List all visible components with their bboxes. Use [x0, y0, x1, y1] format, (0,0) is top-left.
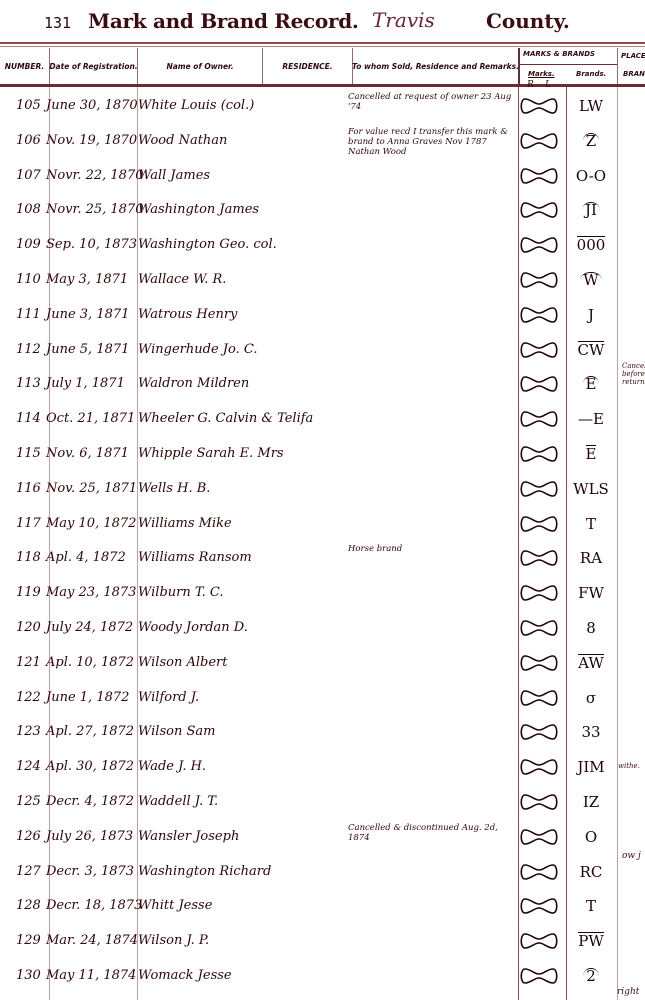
table-row: 114 Oct. 21, 1871 Wheeler G. Calvin & Te…	[0, 403, 645, 437]
mark-side-right-label: R	[527, 80, 534, 90]
column-header-remarks: To whom Sold, Residence and Remarks.	[353, 48, 518, 84]
record-number: 107	[16, 168, 46, 183]
brand-symbol: LW	[568, 97, 614, 115]
registration-date: May 10, 1872	[46, 516, 136, 531]
registration-date: July 1, 1871	[46, 376, 125, 391]
column-header-marks-brands: MARKS & BRANDS	[523, 50, 595, 58]
county-name: Travis	[372, 8, 435, 32]
ear-mark-icon	[519, 444, 559, 464]
registration-date: July 24, 1872	[46, 620, 133, 635]
record-number: 111	[16, 307, 46, 322]
owner-name: Waddell J. T.	[138, 794, 218, 809]
brand-symbol: O	[568, 828, 614, 846]
column-header-place: PLACE	[621, 52, 645, 60]
registration-date: Novr. 22, 1870	[46, 168, 144, 183]
column-header-date: Date of Registration.	[50, 48, 137, 84]
registration-date: Nov. 25, 1871	[46, 481, 137, 496]
registration-date: Decr. 3, 1873	[46, 864, 134, 879]
registration-date: July 26, 1873	[46, 829, 133, 844]
table-row: 110 May 3, 1871 Wallace W. R. W	[0, 264, 645, 298]
owner-name: Wall James	[138, 168, 210, 183]
record-number: 123	[16, 724, 46, 739]
page-header: 131 Mark and Brand Record. Travis County…	[0, 6, 645, 36]
table-row: 117 May 10, 1872 Williams Mike T	[0, 508, 645, 542]
owner-name: Wallace W. R.	[138, 272, 226, 287]
record-number: 108	[16, 202, 46, 217]
owner-name: Waldron Mildren	[138, 376, 249, 391]
column-header-place-brand: BRAN	[623, 70, 645, 78]
table-row: 124 Apl. 30, 1872 Wade J. H. JIM	[0, 751, 645, 785]
table-row: 120 July 24, 1872 Woody Jordan D. 8	[0, 612, 645, 646]
record-number: 127	[16, 864, 46, 879]
registration-date: Apl. 30, 1872	[46, 759, 134, 774]
ear-mark-icon	[519, 514, 559, 534]
header-rule-top	[0, 42, 645, 44]
brand-symbol: —E	[568, 410, 614, 428]
county-label: County.	[486, 9, 570, 33]
owner-name: Wells H. B.	[138, 481, 210, 496]
record-number: 106	[16, 133, 46, 148]
brand-symbol: AW	[568, 654, 614, 672]
owner-name: Wood Nathan	[138, 133, 227, 148]
table-row: 127 Decr. 3, 1873 Washington Richard RC	[0, 856, 645, 890]
ear-mark-icon	[519, 722, 559, 742]
ear-mark-icon	[519, 305, 559, 325]
table-row: 119 May 23, 1873 Wilburn T. C. FW	[0, 577, 645, 611]
brand-symbol: JIM	[568, 758, 614, 776]
page-title: Mark and Brand Record.	[88, 9, 359, 33]
owner-name: Wilson J. P.	[138, 933, 209, 948]
record-number: 122	[16, 690, 46, 705]
owner-name: Wingerhude Jo. C.	[138, 342, 257, 357]
table-row: 105 June 30, 1870 White Louis (col.) Can…	[0, 90, 645, 124]
ear-mark-icon	[519, 479, 559, 499]
mark-side-left-label: L	[545, 80, 551, 90]
registration-date: May 23, 1873	[46, 585, 136, 600]
brand-symbol: E	[568, 375, 614, 393]
column-header-brands: Brands.	[576, 70, 606, 78]
brand-symbol: 000	[568, 236, 614, 254]
ear-mark-icon	[519, 131, 559, 151]
ear-mark-icon	[519, 583, 559, 603]
margin-note: right	[617, 988, 639, 996]
ear-mark-icon	[519, 618, 559, 638]
brand-symbol: CW	[568, 341, 614, 359]
remarks: Cancelled & discontinued Aug. 2d, 1874	[348, 823, 513, 843]
record-number: 110	[16, 272, 46, 287]
brand-symbol: J	[568, 306, 614, 324]
margin-note: ow j	[622, 852, 641, 860]
owner-name: Whitt Jesse	[138, 898, 212, 913]
owner-name: Wilson Albert	[138, 655, 227, 670]
registration-date: May 11, 1874	[46, 968, 136, 983]
column-divider	[518, 48, 520, 84]
column-header-marks: Marks.	[528, 70, 555, 78]
record-number: 116	[16, 481, 46, 496]
record-number: 117	[16, 516, 46, 531]
record-number: 130	[16, 968, 46, 983]
table-row: 112 June 5, 1871 Wingerhude Jo. C. CW	[0, 334, 645, 368]
brand-symbol: PW	[568, 932, 614, 950]
owner-name: Washington James	[138, 202, 259, 217]
margin-note: Cancelled before, return	[622, 362, 645, 386]
ear-mark-icon	[519, 896, 559, 916]
registration-date: June 30, 1870	[46, 98, 138, 113]
ear-mark-icon	[519, 409, 559, 429]
table-row: 106 Nov. 19, 1870 Wood Nathan For value …	[0, 125, 645, 159]
brand-symbol: 2	[568, 967, 614, 985]
header-rule-top-thin	[0, 46, 645, 47]
registration-date: Nov. 6, 1871	[46, 446, 129, 461]
margin-note: withe.	[618, 762, 640, 770]
owner-name: Wilford J.	[138, 690, 199, 705]
remarks: For value recd I transfer this mark & br…	[348, 127, 513, 157]
registration-date: Apl. 4, 1872	[46, 550, 126, 565]
brand-symbol: IZ	[568, 793, 614, 811]
owner-name: Wilson Sam	[138, 724, 215, 739]
ear-mark-icon	[519, 374, 559, 394]
registration-date: Sep. 10, 1873	[46, 237, 137, 252]
record-number: 121	[16, 655, 46, 670]
ear-mark-icon	[519, 966, 559, 986]
ear-mark-icon	[519, 166, 559, 186]
column-divider	[617, 48, 618, 84]
table-row: 128 Decr. 18, 1873 Whitt Jesse T	[0, 890, 645, 924]
owner-name: Wilburn T. C.	[138, 585, 224, 600]
table-row: 107 Novr. 22, 1870 Wall James O-O	[0, 160, 645, 194]
record-number: 112	[16, 342, 46, 357]
table-row: 126 July 26, 1873 Wansler Joseph Cancell…	[0, 821, 645, 855]
owner-name: Wheeler G. Calvin & Telifa	[138, 411, 313, 426]
brand-symbol: T	[568, 515, 614, 533]
record-number: 126	[16, 829, 46, 844]
column-header-number: NUMBER.	[0, 48, 49, 84]
brand-symbol: FW	[568, 584, 614, 602]
brand-symbol: WLS	[568, 480, 614, 498]
owner-name: Washington Geo. col.	[138, 237, 277, 252]
brand-symbol: σ	[568, 689, 614, 707]
record-number: 115	[16, 446, 46, 461]
table-row: 130 May 11, 1874 Womack Jesse 2	[0, 960, 645, 994]
brand-symbol: E	[568, 445, 614, 463]
registration-date: June 5, 1871	[46, 342, 129, 357]
registration-date: Apl. 27, 1872	[46, 724, 134, 739]
table-row: 109 Sep. 10, 1873 Washington Geo. col. 0…	[0, 229, 645, 263]
ear-mark-icon	[519, 200, 559, 220]
remarks: Horse brand	[348, 544, 513, 554]
registration-date: Nov. 19, 1870	[46, 133, 137, 148]
column-header-owner: Name of Owner.	[138, 48, 262, 84]
owner-name: Washington Richard	[138, 864, 271, 879]
ear-mark-icon	[519, 548, 559, 568]
owner-name: Womack Jesse	[138, 968, 232, 983]
registration-date: Mar. 24, 1874	[46, 933, 138, 948]
ledger-page: 131 Mark and Brand Record. Travis County…	[0, 0, 645, 1000]
table-row: 118 Apl. 4, 1872 Williams Ransom Horse b…	[0, 542, 645, 576]
record-number: 109	[16, 237, 46, 252]
ear-mark-icon	[519, 757, 559, 777]
ear-mark-icon	[519, 862, 559, 882]
owner-name: Williams Mike	[138, 516, 232, 531]
ear-mark-icon	[519, 827, 559, 847]
record-number: 120	[16, 620, 46, 635]
registration-date: Decr. 18, 1873	[46, 898, 142, 913]
record-number: 129	[16, 933, 46, 948]
table-row: 129 Mar. 24, 1874 Wilson J. P. PW	[0, 925, 645, 959]
registration-date: June 3, 1871	[46, 307, 129, 322]
owner-name: Wansler Joseph	[138, 829, 239, 844]
remarks: Cancelled at request of owner 23 Aug '74	[348, 92, 513, 112]
brand-symbol: 33	[568, 723, 614, 741]
brand-symbol: T	[568, 897, 614, 915]
record-number: 125	[16, 794, 46, 809]
table-row: 108 Novr. 25, 1870 Washington James JI	[0, 194, 645, 228]
ear-mark-icon	[519, 270, 559, 290]
brand-symbol: W	[568, 271, 614, 289]
brand-symbol: Z	[568, 132, 614, 150]
table-row: 122 June 1, 1872 Wilford J. σ	[0, 682, 645, 716]
ear-mark-icon	[519, 340, 559, 360]
ear-mark-icon	[519, 96, 559, 116]
ear-mark-icon	[519, 792, 559, 812]
registration-date: Oct. 21, 1871	[46, 411, 135, 426]
record-number: 114	[16, 411, 46, 426]
brand-symbol: JI	[568, 201, 614, 219]
registration-date: Decr. 4, 1872	[46, 794, 134, 809]
record-number: 118	[16, 550, 46, 565]
record-number: 113	[16, 376, 46, 391]
page-number: 131	[44, 14, 71, 32]
table-row: 113 July 1, 1871 Waldron Mildren E	[0, 368, 645, 402]
owner-name: White Louis (col.)	[138, 98, 254, 113]
brand-symbol: 8	[568, 619, 614, 637]
table-row: 111 June 3, 1871 Watrous Henry J	[0, 299, 645, 333]
record-number: 119	[16, 585, 46, 600]
record-number: 128	[16, 898, 46, 913]
ear-mark-icon	[519, 688, 559, 708]
registration-date: Novr. 25, 1870	[46, 202, 144, 217]
ear-mark-icon	[519, 235, 559, 255]
table-row: 121 Apl. 10, 1872 Wilson Albert AW	[0, 647, 645, 681]
table-row: 123 Apl. 27, 1872 Wilson Sam 33	[0, 716, 645, 750]
owner-name: Wade J. H.	[138, 759, 206, 774]
record-number: 124	[16, 759, 46, 774]
brand-symbol: RA	[568, 549, 614, 567]
owner-name: Woody Jordan D.	[138, 620, 248, 635]
ear-mark-icon	[519, 931, 559, 951]
registration-date: June 1, 1872	[46, 690, 129, 705]
owner-name: Watrous Henry	[138, 307, 237, 322]
table-row: 116 Nov. 25, 1871 Wells H. B. WLS	[0, 473, 645, 507]
column-header-residence: RESIDENCE.	[263, 48, 352, 84]
table-row: 115 Nov. 6, 1871 Whipple Sarah E. Mrs E	[0, 438, 645, 472]
brand-symbol: O-O	[568, 167, 614, 185]
ear-mark-icon	[519, 653, 559, 673]
registration-date: May 3, 1871	[46, 272, 128, 287]
owner-name: Whipple Sarah E. Mrs	[138, 446, 284, 461]
owner-name: Williams Ransom	[138, 550, 252, 565]
brand-symbol: RC	[568, 863, 614, 881]
table-row: 125 Decr. 4, 1872 Waddell J. T. IZ	[0, 786, 645, 820]
registration-date: Apl. 10, 1872	[46, 655, 134, 670]
record-number: 105	[16, 98, 46, 113]
marks-brands-divider	[520, 64, 617, 65]
